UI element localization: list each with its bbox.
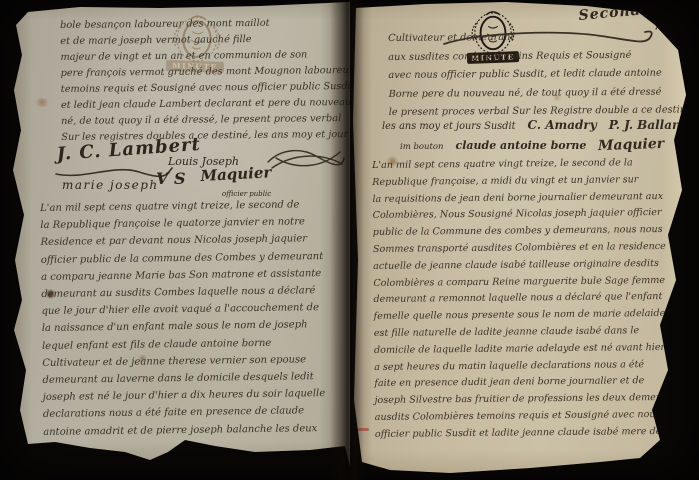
signature-row-1: les ans moy et jours Susdit C. Amadry P.… bbox=[382, 118, 696, 132]
scanned-register-spread: 2 MINUTE bole besançon laboureur des mon… bbox=[0, 0, 699, 480]
margin-note: im bouton bbox=[400, 142, 444, 152]
signature-marie-joseph: marie joseph bbox=[62, 178, 159, 192]
right-page: Second. S MINUTE Cultivateur et demeuran… bbox=[346, 0, 696, 480]
right-record-top-block: Cultivateur et demeurantaux susdites com… bbox=[388, 27, 692, 122]
signature-amadry: C. Amadry bbox=[528, 118, 597, 132]
signature-maquier: Maquier bbox=[200, 163, 272, 185]
manuscript-line: avec nous officier public Susdit, et led… bbox=[388, 64, 691, 85]
closing-line-text: les ans moy et jours Susdit bbox=[382, 121, 516, 132]
signature-maquier: Maquier bbox=[598, 136, 665, 154]
manuscript-line: officier public Susdit et ladite jeanne … bbox=[375, 424, 683, 444]
left-record-top-block: bole besançon laboureur des mont maillot… bbox=[60, 15, 350, 146]
rust-stain bbox=[34, 98, 50, 107]
header-annotation: Second. S bbox=[578, 1, 665, 24]
signature-mark-vs: V S bbox=[156, 169, 186, 188]
left-record-main-block: L'an mil sept cens quatre vingt treize, … bbox=[40, 196, 326, 441]
signature-row-2: im bouton claude antoine borne Maquier bbox=[400, 137, 665, 153]
red-mark bbox=[352, 428, 369, 431]
manuscript-line: antoine amadrit et de pierre joseph bala… bbox=[43, 420, 326, 441]
right-record-main-block: L'an mil sept cens quatre vingt treize, … bbox=[372, 155, 683, 444]
ink-scribble-flourish bbox=[262, 140, 348, 178]
signature-ballanche: P. J. Ballanche bbox=[609, 118, 696, 132]
corner-mark: 2 bbox=[31, 3, 38, 14]
left-page: 2 MINUTE bole besançon laboureur des mon… bbox=[10, 2, 350, 466]
signature-claude-antoine-borne: claude antoine borne bbox=[456, 139, 587, 152]
